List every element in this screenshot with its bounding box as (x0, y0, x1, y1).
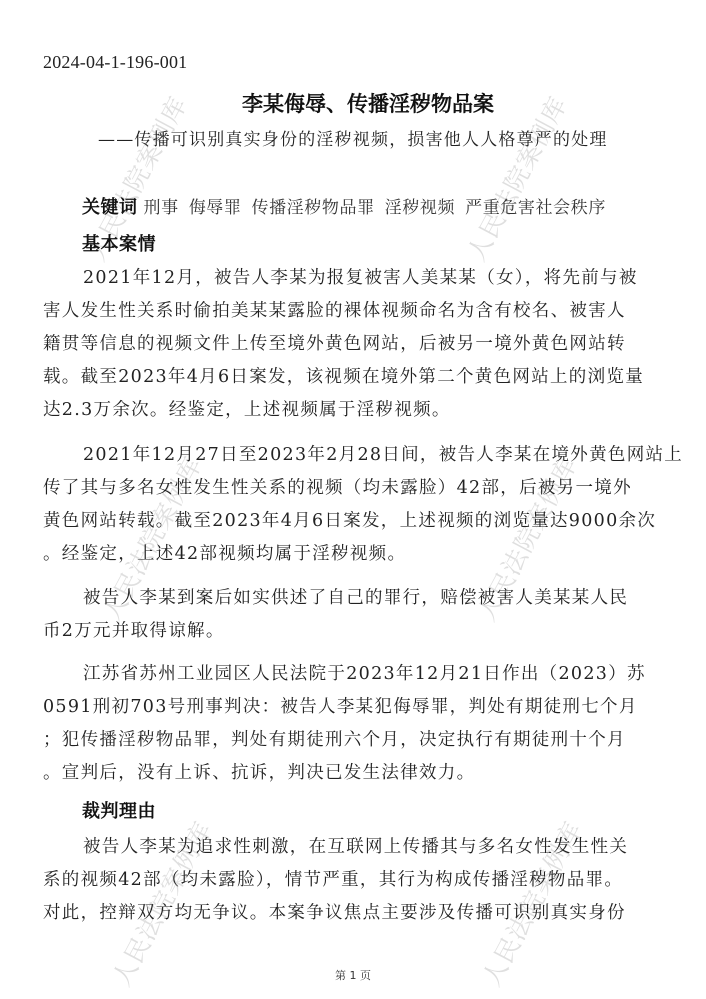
paragraph-line: ；犯传播淫秽物品罪，判处有期徒刑六个月，决定执行有期徒刑十个月 (43, 726, 626, 751)
section-heading-reasoning: 裁判理由 (82, 797, 156, 823)
document-title: 李某侮辱、传播淫秽物品案 (0, 88, 706, 118)
paragraph-line: 达2.3万余次。经鉴定，上述视频属于淫秽视频。 (43, 396, 451, 421)
paragraph-line: 被告人李某到案后如实供述了自己的罪行，赔偿被害人美某某人民 (83, 584, 628, 609)
paragraph-line: 2021年12月，被告人李某为报复被害人美某某（女），将先前与被 (83, 264, 638, 289)
paragraph-line: 传了其与多名女性发生性关系的视频（均未露脸）42部，后被另一境外 (43, 474, 632, 499)
case-number: 2024-04-1-196-001 (43, 52, 187, 73)
keyword: 传播淫秽物品罪 (252, 198, 375, 218)
paragraph-line: 黄色网站转载。截至2023年4月6日案发，上述视频的浏览量达9000余次 (43, 507, 656, 532)
document-subtitle: ——传播可识别真实身份的淫秽视频，损害他人人格尊严的处理 (98, 125, 608, 150)
paragraph-line: 害人发生性关系时偷拍美某某露脸的裸体视频命名为含有校名、被害人 (43, 297, 626, 322)
keyword: 侮辱罪 (189, 198, 242, 218)
paragraph-line: 。经鉴定，上述42部视频均属于淫秽视频。 (43, 540, 406, 565)
paragraph-line: 系的视频42部（均未露脸），情节严重，其行为构成传播淫秽物品罪。 (43, 866, 623, 891)
document-page: 人民法院案例库 人民法院案例库 人民法院案例库 人民法院案例库 人民法院案例库 … (0, 0, 706, 999)
paragraph-line: 。宣判后，没有上诉、抗诉，判决已发生法律效力。 (43, 759, 475, 784)
paragraph-line: 0591刑初703号刑事判决：被告人李某犯侮辱罪，判处有期徒刑七个月 (43, 693, 638, 718)
paragraph-line: 籍贯等信息的视频文件上传至境外黄色网站，后被另一境外黄色网站转 (43, 330, 626, 355)
keyword: 刑事 (144, 198, 179, 218)
paragraph-line: 江苏省苏州工业园区人民法院于2023年12月21日作出（2023）苏 (83, 660, 646, 685)
keyword: 淫秽视频 (385, 198, 455, 218)
paragraph-line: 2021年12月27日至2023年2月28日间，被告人李某在境外黄色网站上 (83, 441, 683, 466)
paragraph-line: 载。截至2023年4月6日案发，该视频在境外第二个黄色网站上的浏览量 (43, 363, 644, 388)
keyword: 严重危害社会秩序 (465, 198, 606, 218)
section-heading-basic-facts: 基本案情 (82, 230, 156, 256)
keywords-row: 关键词刑事侮辱罪传播淫秽物品罪淫秽视频严重危害社会秩序 (82, 193, 606, 219)
paragraph-line: 对此，控辩双方均无争议。本案争议焦点主要涉及传播可识别真实身份 (43, 899, 626, 924)
keywords-label: 关键词 (82, 197, 138, 218)
paragraph-line: 被告人李某为追求性刺激，在互联网上传播其与多名女性发生性关 (83, 833, 628, 858)
page-number: 第 1 页 (0, 967, 706, 983)
paragraph-line: 币2万元并取得谅解。 (43, 617, 225, 642)
